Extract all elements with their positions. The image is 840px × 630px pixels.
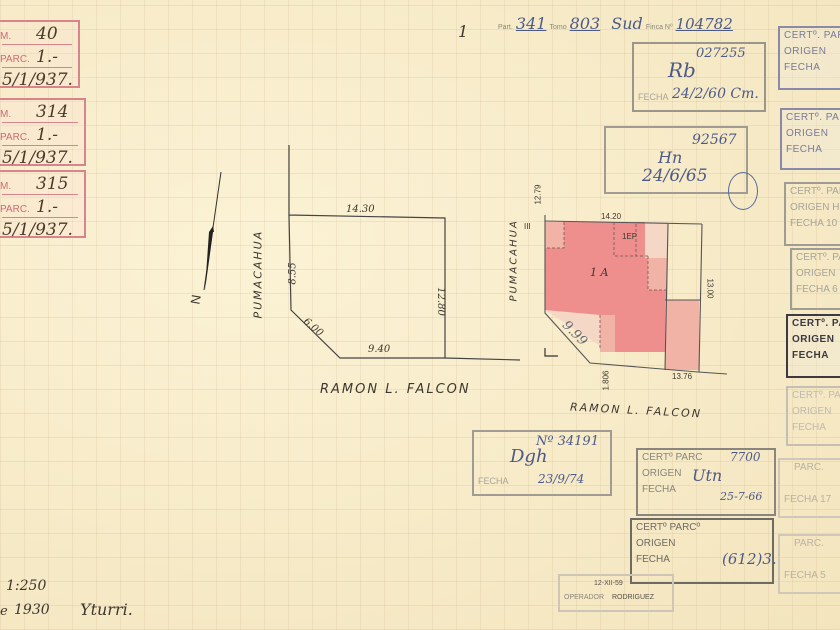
tick-mark: III (524, 222, 531, 231)
street-pumacahua-right: PUMACAHUA (509, 222, 520, 302)
dim-west-left: 8.55 (288, 262, 299, 284)
corner-mark (545, 348, 558, 356)
dim-south-left: 9.40 (368, 344, 390, 355)
parcel-label-1a: 1 A (590, 266, 608, 279)
dim-west-offset: 12.79 (534, 184, 543, 204)
dim-east-right: 13.00 (706, 278, 715, 298)
dim-east-left: 12.80 (435, 287, 446, 316)
street-falcon-left: RAMON L. FALCON (320, 382, 471, 397)
street-pumacahua-left: PUMACAHUA (252, 239, 265, 319)
dim-south-right: 13.76 (672, 372, 692, 381)
plan-drawing (0, 0, 840, 630)
parcel-label-1ep: 1EP (622, 232, 637, 241)
dim-north-right: 14.20 (601, 212, 621, 221)
north-arrow-icon (204, 172, 221, 290)
dim-southwest-right: 1.806 (602, 370, 611, 390)
dim-north-left: 14.30 (346, 204, 375, 215)
left-plan-outline (289, 145, 520, 360)
